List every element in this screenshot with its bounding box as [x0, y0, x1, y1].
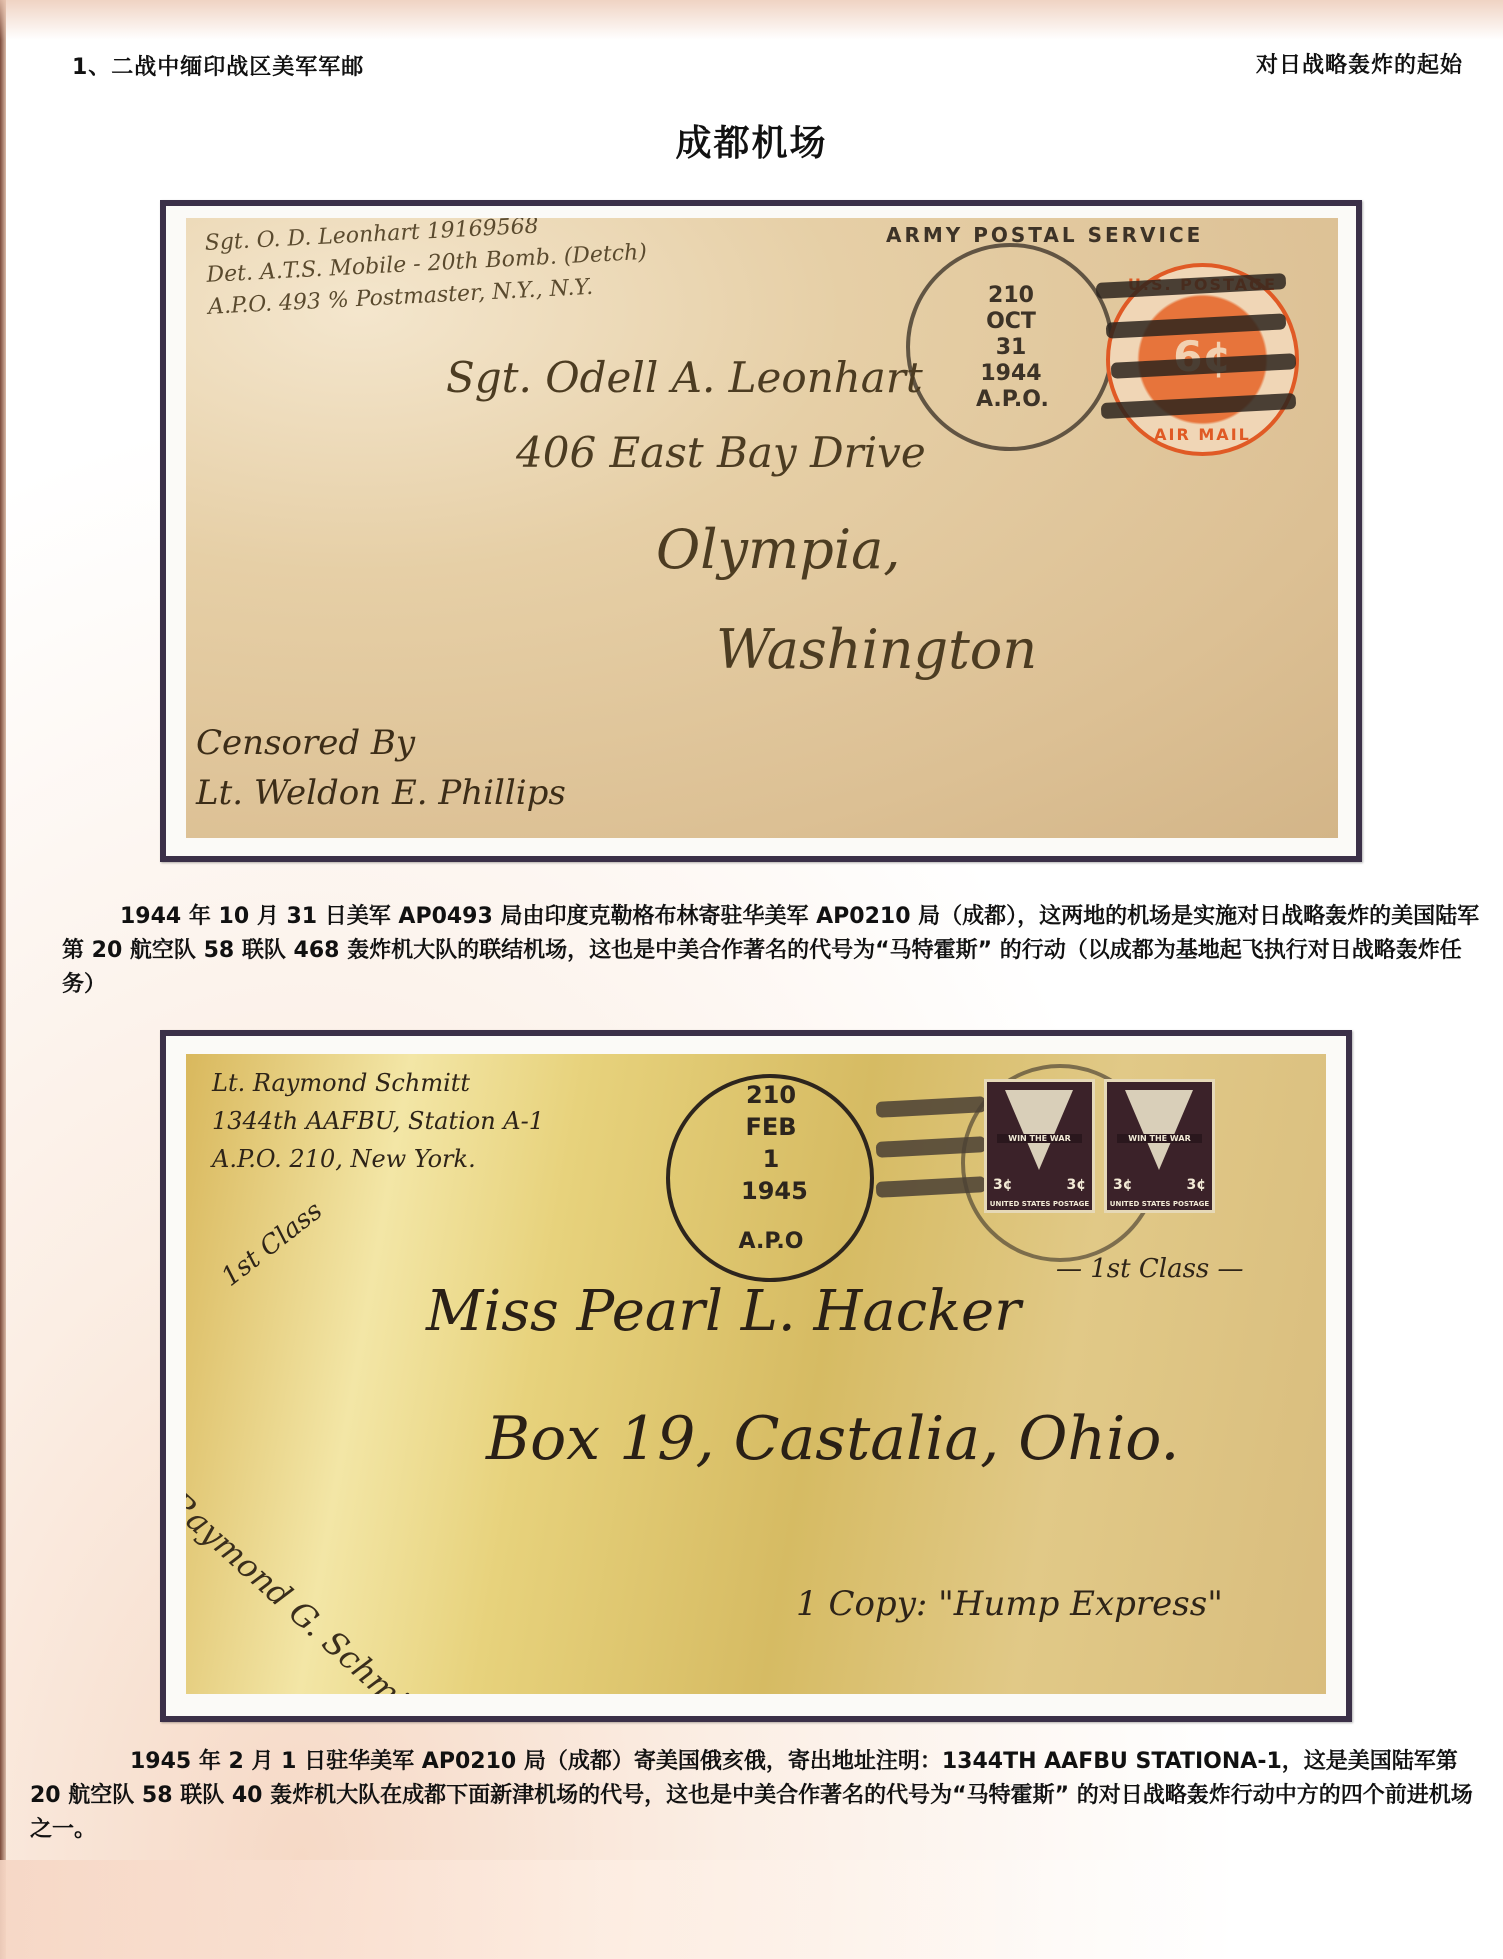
postmark-arc-text: ARMY POSTAL SERVICE: [886, 223, 1203, 247]
class-marking: — 1st Class —: [1056, 1254, 1244, 1284]
page-title: 成都机场: [0, 115, 1503, 166]
win-the-war-stamp: WIN THE WAR 3¢ 3¢ UNITED STATES POSTAGE: [1104, 1079, 1215, 1213]
postmark-date: 210 OCT 31 1944 A.P.O.: [976, 283, 1046, 413]
class-marking: 1st Class: [216, 1196, 328, 1293]
address-line: Box 19, Castalia, Ohio.: [486, 1404, 1179, 1474]
return-address: Lt. Raymond Schmitt 1344th AAFBU, Statio…: [212, 1064, 544, 1178]
sender-signature: Raymond G. Schmitt: [186, 1484, 434, 1694]
cover-frame-1: Sgt. O. D. Leonhart 19169568 Det. A.T.S.…: [160, 200, 1362, 862]
address-line: Miss Pearl L. Hacker: [426, 1279, 1021, 1344]
section-label: 1、二战中缅印战区美军军邮: [72, 50, 364, 81]
envelope-1944: Sgt. O. D. Leonhart 19169568 Det. A.T.S.…: [186, 218, 1338, 838]
glare-overlay: [0, 1860, 1503, 1959]
caption-cover-2: 1945 年 2 月 1 日驻华美军 AP0210 局（成都）寄美国俄亥俄，寄出…: [30, 1745, 1480, 1847]
cancel-bar: [876, 1096, 987, 1118]
address-line: Olympia,: [656, 518, 900, 581]
address-line: 406 East Bay Drive: [516, 428, 926, 477]
address-line: Sgt. Odell A. Leonhart: [446, 353, 923, 402]
envelope-1945: Lt. Raymond Schmitt 1344th AAFBU, Statio…: [186, 1054, 1326, 1694]
postmark-apo: A.P.O: [731, 1229, 811, 1254]
album-edge: [0, 0, 6, 1959]
topic-label: 对日战略轰炸的起始: [1256, 48, 1463, 79]
glare-overlay: [0, 0, 1503, 40]
cover-frame-2: Lt. Raymond Schmitt 1344th AAFBU, Statio…: [160, 1030, 1352, 1722]
return-address: Sgt. O. D. Leonhart 19169568 Det. A.T.S.…: [204, 218, 649, 324]
censor-signature: Censored By Lt. Weldon E. Phillips: [196, 718, 566, 818]
copy-note: 1 Copy: "Hump Express": [796, 1584, 1223, 1624]
v-eagle-icon: [1125, 1090, 1193, 1170]
postmark-date: 210 FEB 1 1945: [741, 1079, 801, 1207]
address-line: Washington: [716, 618, 1037, 681]
caption-cover-1: 1944 年 10 月 31 日美军 AP0493 局由印度克勒格布林寄驻华美军…: [62, 900, 1482, 1002]
win-the-war-stamp: WIN THE WAR 3¢ 3¢ UNITED STATES POSTAGE: [984, 1079, 1095, 1213]
v-eagle-icon: [1005, 1090, 1073, 1170]
